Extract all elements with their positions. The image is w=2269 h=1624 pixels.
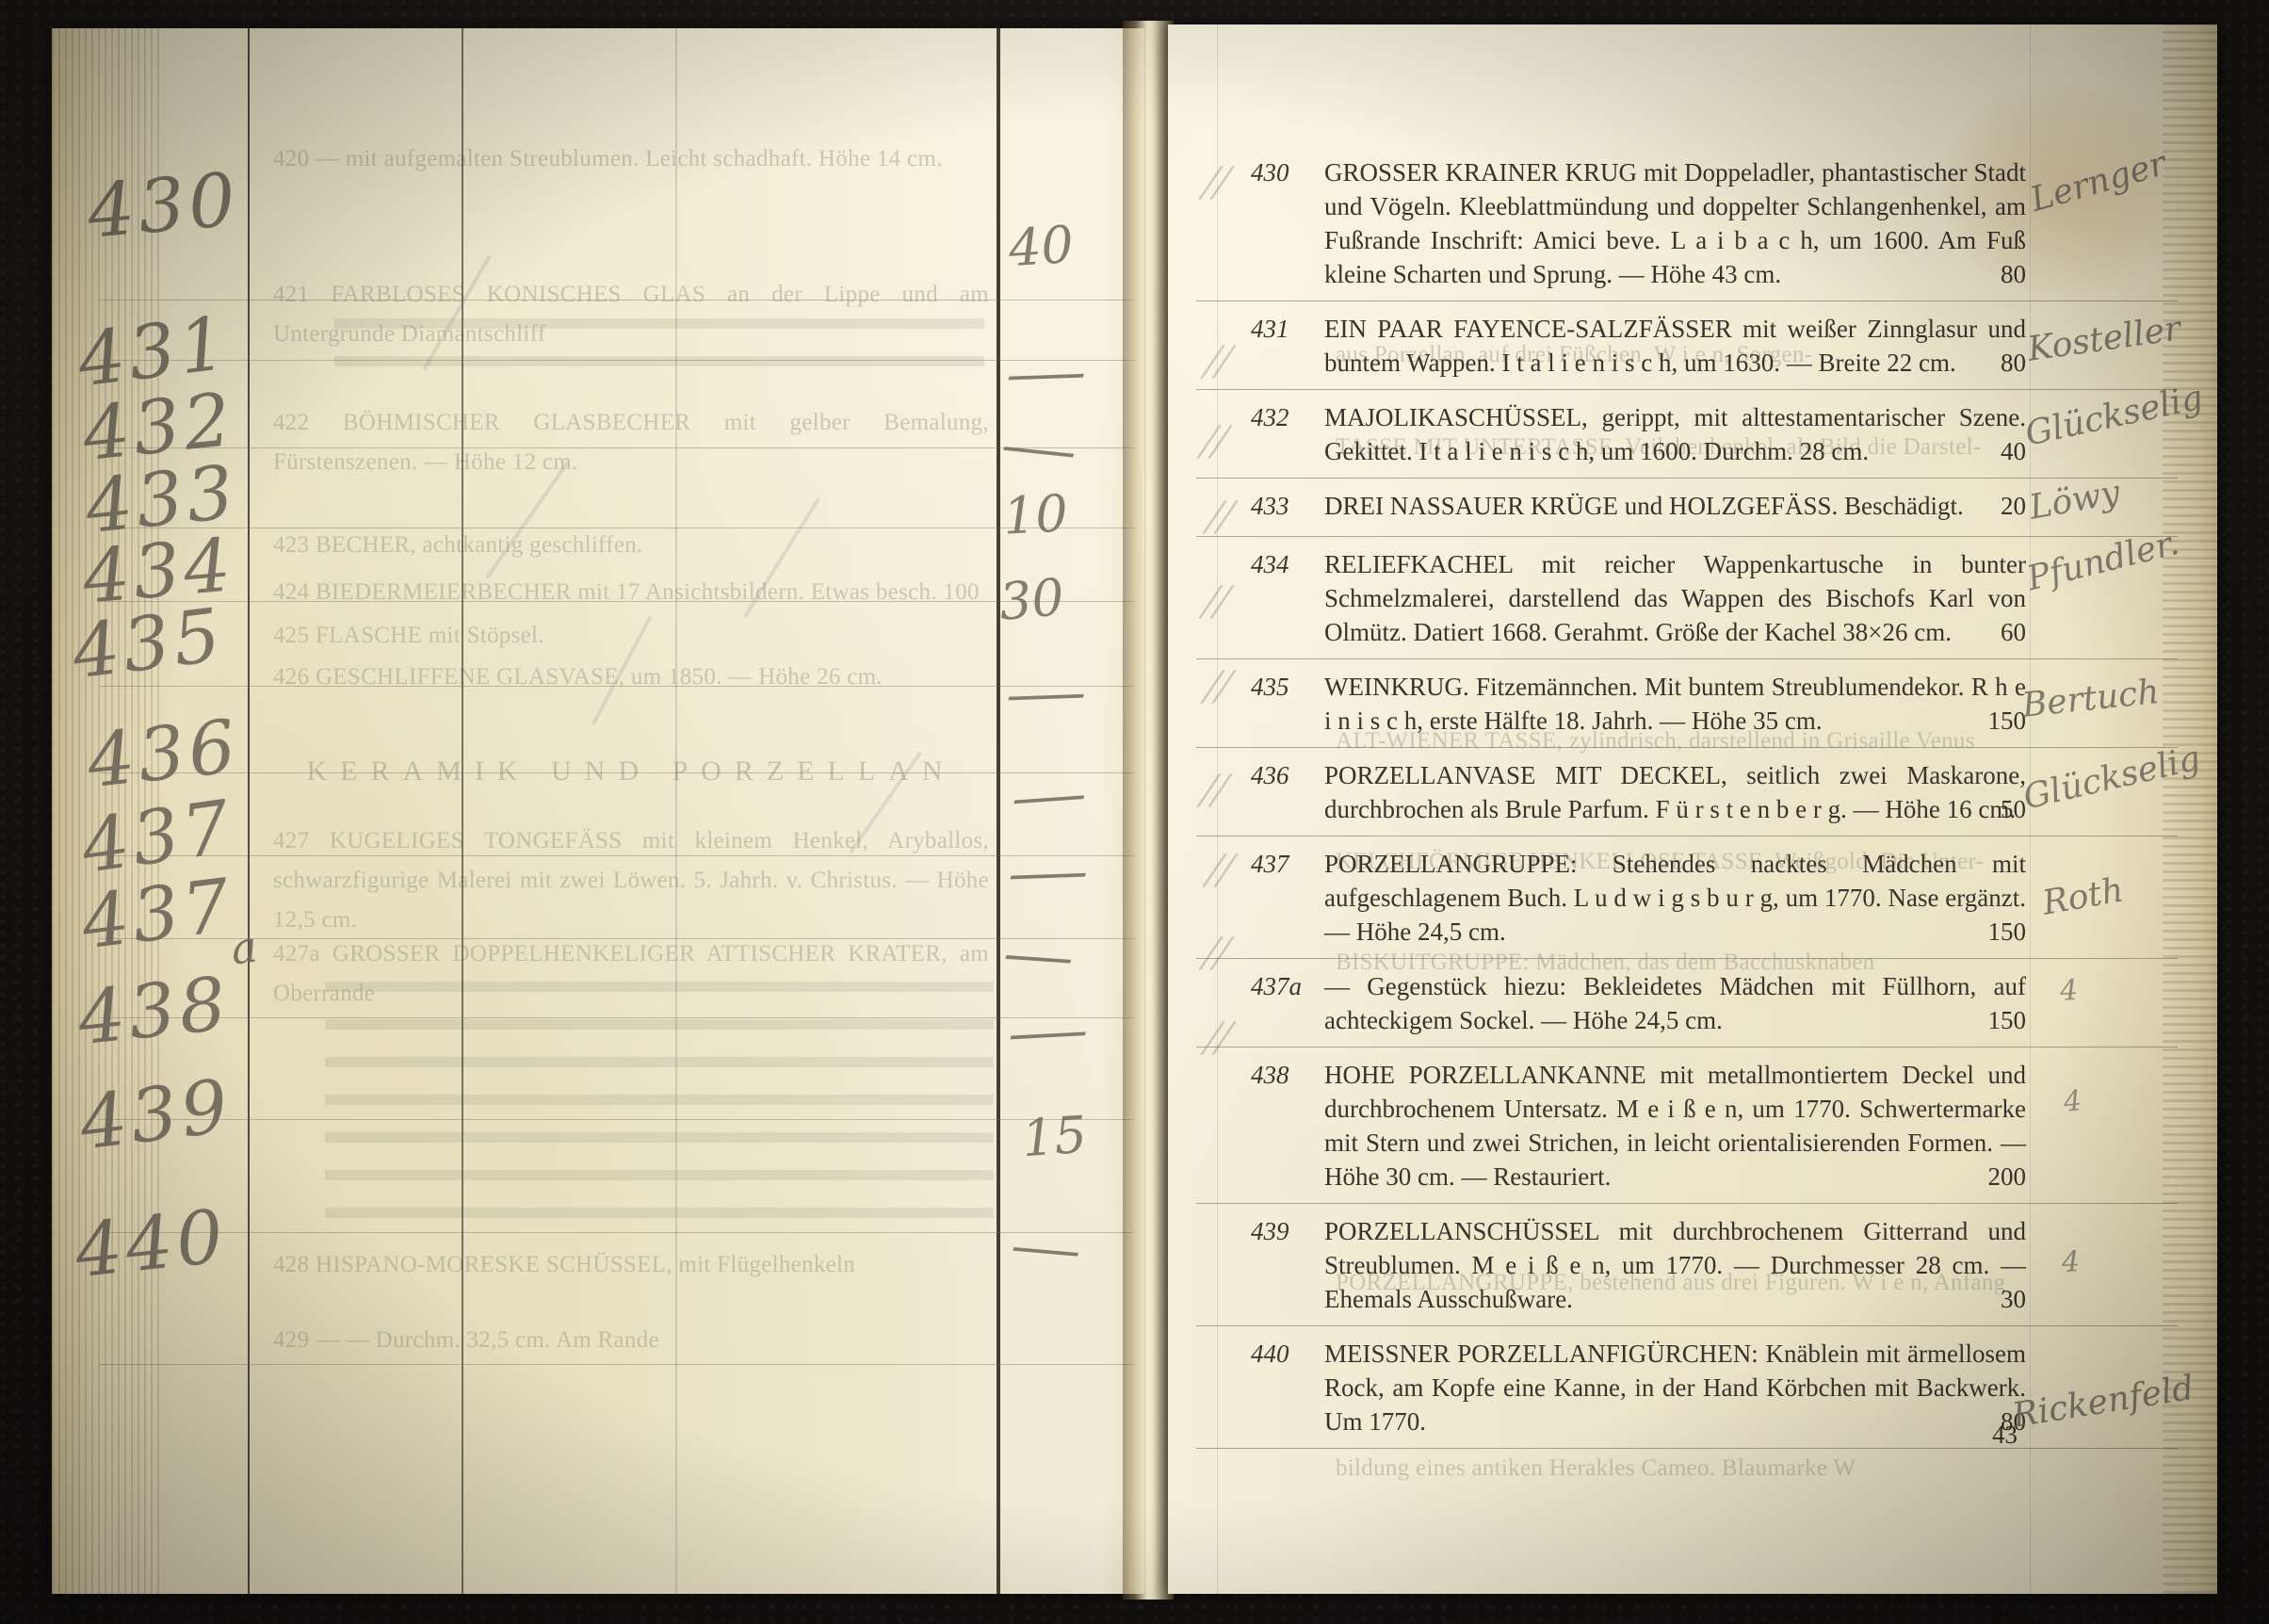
catalog-entry-row: 435 WEINKRUG. Fitzemännchen. Mit buntem … [1196,659,2178,748]
annotation-column: Rickenfeld [2026,1337,2178,1374]
price-dash-handwritten: — [1005,1001,1090,1060]
lot-number-text: 439 [75,1064,236,1167]
catalog-entry-row: 433 DREI NASSAUER KRÜGE und HOLZGEFÄSS. … [1196,479,2178,537]
catalog-entry-row: 437a — Gegenstück hiezu: Bekleidetes Mäd… [1196,959,2178,1047]
catalog-entry-row: 439 PORZELLANSCHÜSSEL mit durchbrochenem… [1196,1204,2178,1326]
catalog-entry-row: 440 MEISSNER PORZELLANFIGÜRCHEN: Knäblei… [1196,1326,2178,1449]
entry-price: 50 [2001,792,2026,826]
ruled-line [99,360,1135,361]
ghost-text: 424 BIEDERMEIERBECHER mit 17 Ansichtsbil… [273,573,989,612]
buyer-tick-mark: 4 [2059,974,2079,1008]
lot-number-handwritten: 437a [78,869,237,960]
lot-number-handwritten: 440 [72,1200,230,1289]
catalog-entry-list: 430 GROSSER KRAINER KRUG mit Doppeladler… [1196,145,2178,1449]
buyer-annotation: Löwy [2026,474,2122,528]
entry-text: PORZELLANVASE MIT DECKEL, seitlich zwei … [1324,761,2026,823]
buyer-annotation: Lernger [2026,144,2170,219]
lot-number-text: 435 [68,593,229,696]
annotation-column: Glückselig [2026,758,2178,796]
lot-number: 434 [1251,547,1324,581]
buyer-annotation: Roth [2039,870,2126,922]
lot-number-handwritten: 430 [85,163,242,250]
lot-number-handwritten: 439 [76,1069,235,1161]
catalog-entry-row: 437 PORZELLANGRUPPE: Stehendes nacktes M… [1196,836,2178,959]
ghost-text: 428 HISPANO-MORESKE SCHÜSSEL, mit Flügel… [273,1245,989,1285]
lot-number: 440 [1251,1337,1324,1371]
left-ledger-page: 420 — mit aufgemalten Streublumen. Leich… [52,28,1144,1594]
ruled-line [99,528,1135,528]
annotation-column: Bertuch [2026,670,2178,707]
annotation-column: Kosteller [2026,312,2178,349]
price-dash-handwritten: — [1009,765,1089,825]
entry-price: 60 [2001,615,2026,649]
ruled-line [99,447,1135,448]
annotation-column: Löwy [2026,489,2178,527]
ruled-line [99,300,1135,300]
entry-text: EIN PAAR FAYENCE-SALZFÄSSER mit weißer Z… [1324,315,2026,377]
entry-text: MEISSNER PORZELLANFIGÜRCHEN: Knäblein mi… [1324,1340,2026,1436]
column-line [675,28,677,1594]
buyer-annotation: Kosteller [2025,309,2183,368]
entry-body: HOHE PORZELLANKANNE mit metallmontiertem… [1324,1058,2026,1194]
ghost-section-heading: KERAMIK UND PORZELLAN [273,755,989,788]
buyer-annotation: Glückselig [2019,739,2204,817]
catalog-entry-row: 438 HOHE PORZELLANKANNE mit metallmontie… [1196,1047,2178,1204]
ruled-line [99,772,1135,773]
ruled-line [99,686,1135,687]
entry-text: PORZELLANSCHÜSSEL mit durchbrochenem Git… [1324,1217,2026,1313]
price-handwritten: 15 [1020,1110,1088,1165]
entry-text: PORZELLANGRUPPE: Stehendes nacktes Mädch… [1324,850,2026,946]
book-gutter [1123,21,1174,1600]
catalog-entry-row: 432 MAJOLIKASCHÜSSEL, gerippt, mit altte… [1196,390,2178,479]
lot-number-handwritten: 438 [74,967,233,1056]
lot-number: 430 [1251,155,1324,189]
price-dash-handwritten: — [1006,843,1090,901]
entry-body: MEISSNER PORZELLANFIGÜRCHEN: Knäblein mi… [1324,1337,2026,1438]
entry-price: 30 [2001,1282,2026,1316]
entry-body: WEINKRUG. Fitzemännchen. Mit buntem Stre… [1324,670,2026,738]
entry-body: — Gegenstück hiezu: Bekleidetes Mädchen … [1324,969,2026,1037]
ruled-line [99,1232,1135,1233]
entry-body: PORZELLANVASE MIT DECKEL, seitlich zwei … [1324,758,2026,826]
ghost-text: 427 KUGELIGES TONGEFÄSS mit kleinem Henk… [273,821,989,940]
annotation-column: Roth [2026,847,2178,885]
price-handwritten: 40 [1007,219,1075,275]
annotation-column: Pfundler. [2026,547,2178,585]
annotation-column: Glückselig [2026,400,2178,438]
ghost-text: 429 — — Durchm. 32,5 cm. Am Rande [273,1321,989,1360]
entry-text: WEINKRUG. Fitzemännchen. Mit buntem Stre… [1324,673,2026,735]
column-line [462,28,463,1594]
ghost-text: bildung eines antiken Herakles Cameo. Bl… [1336,1449,2037,1488]
entry-price: 80 [2001,257,2026,291]
lot-number: 439 [1251,1214,1324,1248]
catalog-entry-row: 434 RELIEFKACHEL mit reicher Wappenkartu… [1196,537,2178,659]
annotation-column: 4 [2026,1058,2178,1096]
price-handwritten: 30 [997,572,1066,628]
leather-desk-background: 420 — mit aufgemalten Streublumen. Leich… [0,0,2269,1624]
price-dash-handwritten: — [1004,664,1088,722]
ruled-line [99,1119,1135,1120]
entry-text: — Gegenstück hiezu: Bekleidetes Mädchen … [1324,972,2026,1034]
ruled-line [99,1364,1135,1365]
ghost-text: 420 — mit aufgemalten Streublumen. Leich… [273,139,989,179]
buyer-annotation: Bertuch [2020,673,2161,725]
ruled-line [99,855,1135,856]
ruled-line [99,1017,1135,1018]
lot-number: 432 [1251,400,1324,434]
lot-number-handwritten: 435 [69,598,228,690]
entry-text: MAJOLIKASCHÜSSEL, gerippt, mit alttestam… [1324,403,2026,465]
annotation-column: 4 [2026,969,2178,1007]
entry-price: 80 [2001,346,2026,380]
lot-number: 433 [1251,489,1324,523]
lot-number-text: 438 [74,962,234,1062]
page-number: 43 [1992,1421,2018,1450]
buyer-tick-mark: 4 [2061,1245,2081,1279]
catalog-entry-row: 436 PORZELLANVASE MIT DECKEL, seitlich z… [1196,748,2178,836]
price-dash-handwritten: — [1008,1217,1083,1277]
ghost-text: 423 BECHER, achtkantig geschliffen. [273,526,989,565]
annotation-column: Lernger [2026,155,2178,193]
lot-number: 437a [1251,969,1324,1003]
entry-price: 40 [2001,434,2026,468]
entry-text: HOHE PORZELLANKANNE mit metallmontiertem… [1324,1061,2026,1191]
buyer-annotation: Rickenfeld [2010,1369,2196,1436]
price-dash-handwritten: — [1004,344,1088,401]
entry-text: RELIEFKACHEL mit reicher Wappenkartusche… [1324,550,2026,646]
ghost-text: 422 BÖHMISCHER GLASBECHER mit gelber Bem… [273,403,989,482]
price-handwritten: 10 [1002,488,1069,543]
entry-price: 150 [1988,915,2027,949]
lot-number-text: 430 [84,157,242,255]
lot-number-text: 440 [72,1194,231,1294]
entry-body: PORZELLANGRUPPE: Stehendes nacktes Mädch… [1324,847,2026,949]
lot-number: 438 [1251,1058,1324,1092]
price-dash-handwritten: — [1001,925,1076,984]
lot-number-text: 437 [77,864,238,966]
entry-body: DREI NASSAUER KRÜGE und HOLZGEFÄSS. Besc… [1324,489,2026,523]
lot-number: 437 [1251,847,1324,881]
entry-body: RELIEFKACHEL mit reicher Wappenkartusche… [1324,547,2026,649]
ruled-line [99,601,1135,602]
entry-body: MAJOLIKASCHÜSSEL, gerippt, mit alttestam… [1324,400,2026,468]
catalog-page: aus Porzellan, auf drei Füßchen. W i e n… [1168,24,2217,1594]
lot-number-suffix: a [229,925,260,971]
ghost-text: 426 GESCHLIFFENE GLASVASE, um 1850. — Hö… [273,658,989,697]
column-line [997,28,1000,1594]
entry-text: DREI NASSAUER KRÜGE und HOLZGEFÄSS. Besc… [1324,492,1964,520]
lot-number: 435 [1251,670,1324,704]
lot-number: 431 [1251,312,1324,346]
entry-price: 20 [2001,489,2026,523]
annotation-column: 4 [2026,1214,2178,1252]
entry-price: 150 [1988,704,2027,738]
lot-number: 436 [1251,758,1324,792]
buyer-tick-mark: 4 [2062,1084,2083,1119]
entry-text: GROSSER KRAINER KRUG mit Doppeladler, ph… [1324,158,2026,288]
catalog-entry-row: 431 EIN PAAR FAYENCE-SALZFÄSSER mit weiß… [1196,301,2178,390]
entry-body: GROSSER KRAINER KRUG mit Doppeladler, ph… [1324,155,2026,291]
entry-price: 200 [1988,1160,2027,1194]
entry-body: PORZELLANSCHÜSSEL mit durchbrochenem Git… [1324,1214,2026,1316]
entry-price: 150 [1988,1003,2027,1037]
price-dash-handwritten: — [998,416,1080,479]
column-line [248,28,250,1594]
entry-body: EIN PAAR FAYENCE-SALZFÄSSER mit weißer Z… [1324,312,2026,380]
catalog-entry-row: 430 GROSSER KRAINER KRUG mit Doppeladler… [1196,145,2178,301]
